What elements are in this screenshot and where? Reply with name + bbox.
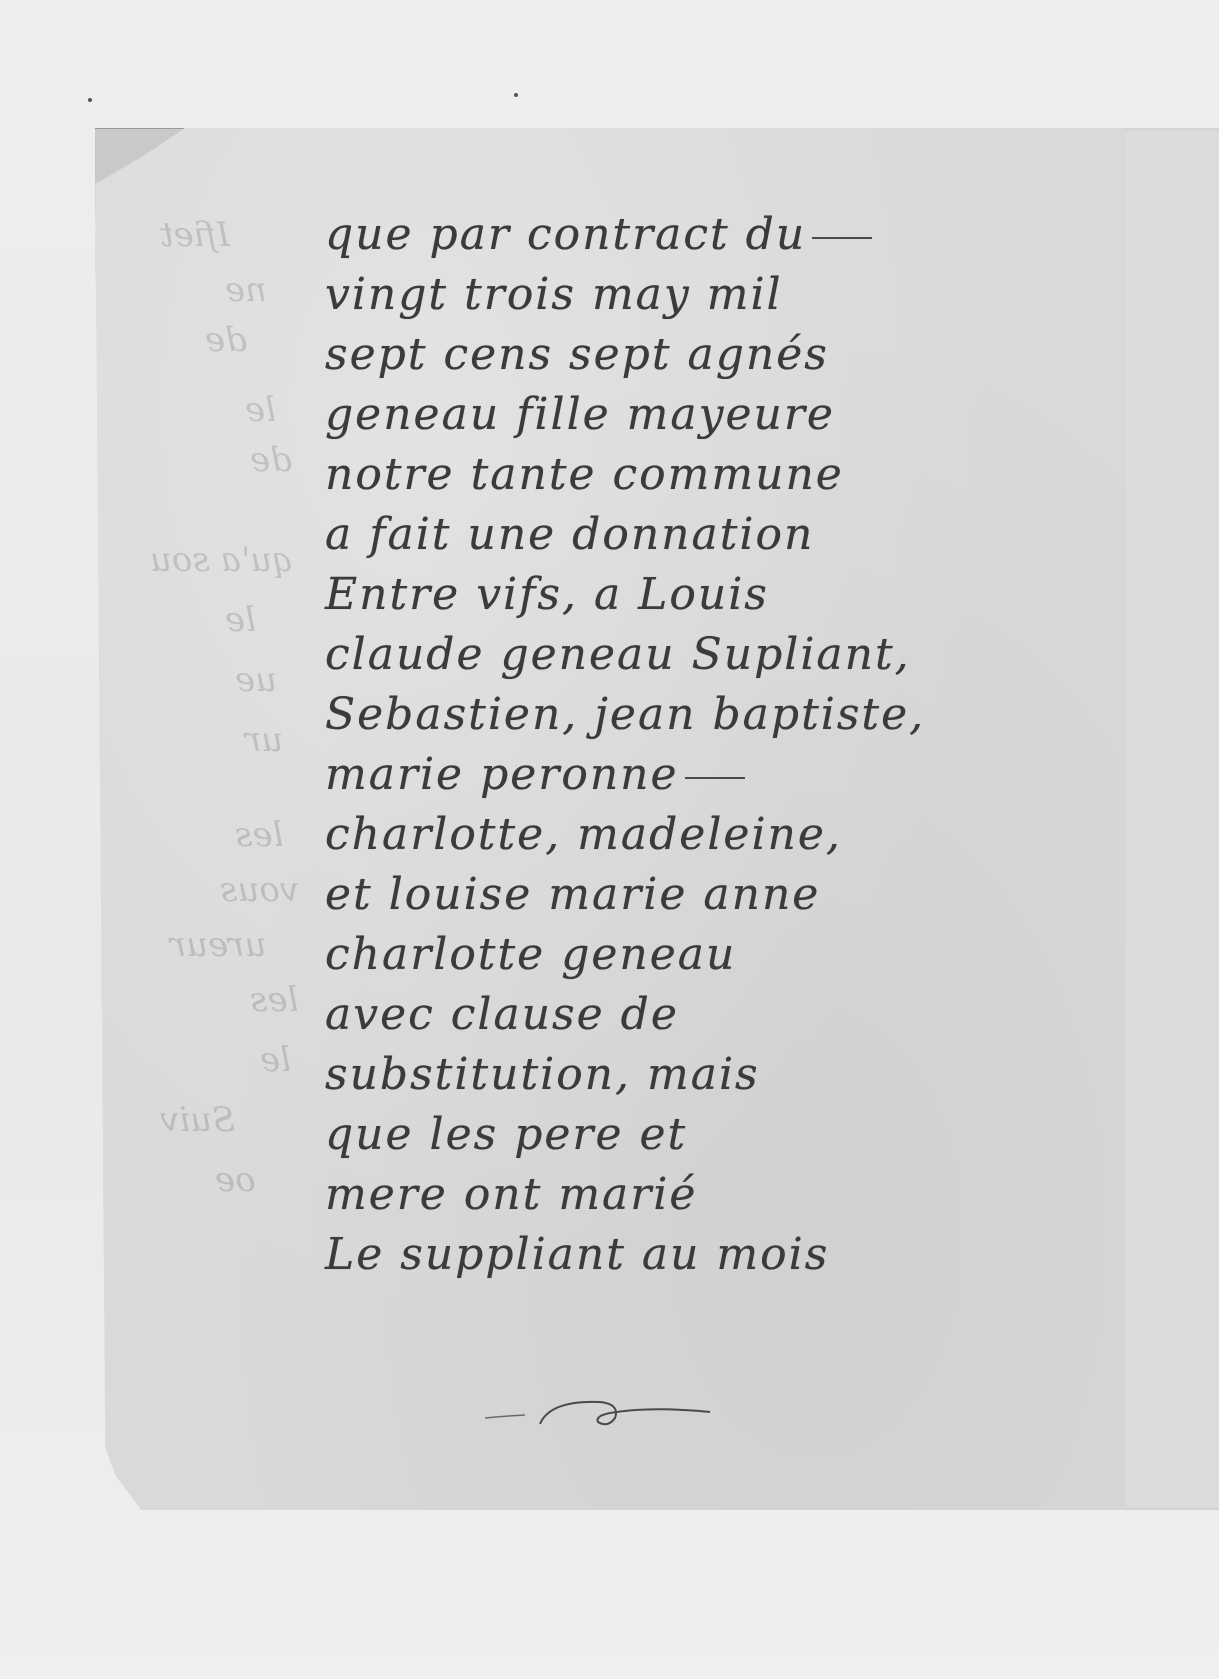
manuscript-line: charlotte geneau [325, 925, 1085, 985]
manuscript-line: Le suppliant au mois [325, 1225, 1085, 1285]
adjacent-leaf [1118, 128, 1219, 1510]
manuscript-line: mere ont marié [325, 1165, 1085, 1225]
manuscript-line: et louise marie anne [325, 865, 1085, 925]
end-flourish-icon [480, 1388, 720, 1438]
manuscript-line: vingt trois may mil [325, 265, 1085, 325]
handwritten-text-block: que par contract du vingt trois may mil … [325, 205, 1085, 1285]
manuscript-line: que les pere et [325, 1105, 1085, 1165]
dust-speck [514, 93, 518, 97]
manuscript-line: substitution, mais [325, 1045, 1085, 1105]
manuscript-line: marie peronne [325, 745, 1085, 805]
manuscript-line: charlotte, madeleine, [325, 805, 1085, 865]
manuscript-line: notre tante commune [325, 445, 1085, 505]
manuscript-line: sept cens sept agnés [325, 325, 1085, 385]
manuscript-line: geneau fille mayeure [325, 385, 1085, 445]
manuscript-line: que par contract du [325, 205, 1085, 265]
manuscript-line: Sebastien, jean baptiste, [325, 685, 1085, 745]
manuscript-line: claude geneau Supliant, [325, 625, 1085, 685]
manuscript-line: avec clause de [325, 985, 1085, 1045]
manuscript-line: a fait une donnation [325, 505, 1085, 565]
dust-speck [88, 98, 92, 102]
manuscript-line: Entre vifs, a Louis [325, 565, 1085, 625]
